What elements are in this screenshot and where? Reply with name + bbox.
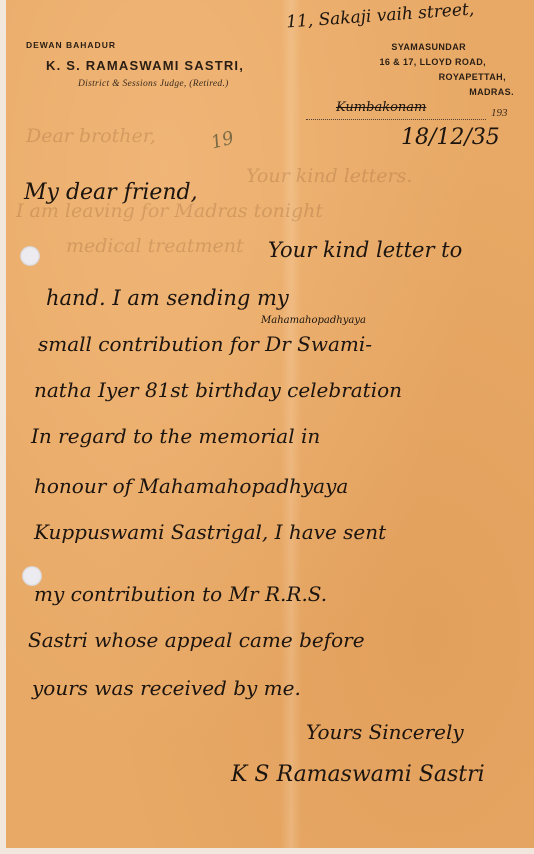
body-line: yours was received by me. — [32, 676, 301, 700]
address-line: 16 & 17, LLOYD ROAD, — [379, 55, 486, 70]
address-line: MADRAS. — [379, 85, 514, 100]
printed-year: 193 — [491, 107, 508, 119]
archive-mark: 19 — [209, 127, 237, 153]
show-through-text: Your kind letters. — [246, 165, 412, 187]
punch-hole — [20, 246, 40, 266]
body-line: small contribution for Dr Swami- — [38, 332, 372, 356]
address-line: SYAMASUNDAR — [379, 40, 466, 55]
body-line: my contribution to Mr R.R.S. — [34, 582, 327, 606]
body-line: hand. I am sending my — [46, 286, 289, 310]
body-line: Kuppuswami Sastrigal, I have sent — [34, 520, 386, 544]
body-line: natha Iyer 81st birthday celebration — [34, 378, 402, 402]
body-line: In regard to the memorial in — [31, 424, 320, 448]
body-line: Sastri whose appeal came before — [28, 628, 365, 652]
handwritten-place: Kumbakonam — [336, 100, 426, 115]
handwritten-date: 18/12/35 — [401, 125, 500, 150]
letterhead-address: SYAMASUNDAR 16 & 17, LLOYD ROAD, ROYAPET… — [379, 40, 514, 100]
body-line: honour of Mahamahopadhyaya — [34, 474, 348, 498]
closing: Yours Sincerely — [306, 720, 464, 744]
letterhead-name: K. S. RAMASWAMI SASTRI, — [46, 58, 244, 73]
address-line: ROYAPETTAH, — [379, 70, 506, 85]
letter-page: Dear brother, Your kind letters. I am le… — [6, 0, 534, 848]
letterhead-role: District & Sessions Judge, (Retired.) — [78, 79, 229, 89]
handwritten-address: 11, Sakaji vaih street, — [286, 0, 475, 33]
date-line — [306, 119, 486, 120]
letterhead-honorific: DEWAN BAHADUR — [26, 40, 116, 50]
signature: K S Ramaswami Sastri — [231, 762, 485, 787]
salutation: My dear friend, — [24, 180, 198, 205]
body-line-insert: Mahamahopadhyaya — [261, 315, 366, 326]
show-through-text: medical treatment — [66, 235, 244, 257]
body-line: Your kind letter to — [268, 238, 462, 262]
show-through-text: Dear brother, — [26, 125, 156, 147]
